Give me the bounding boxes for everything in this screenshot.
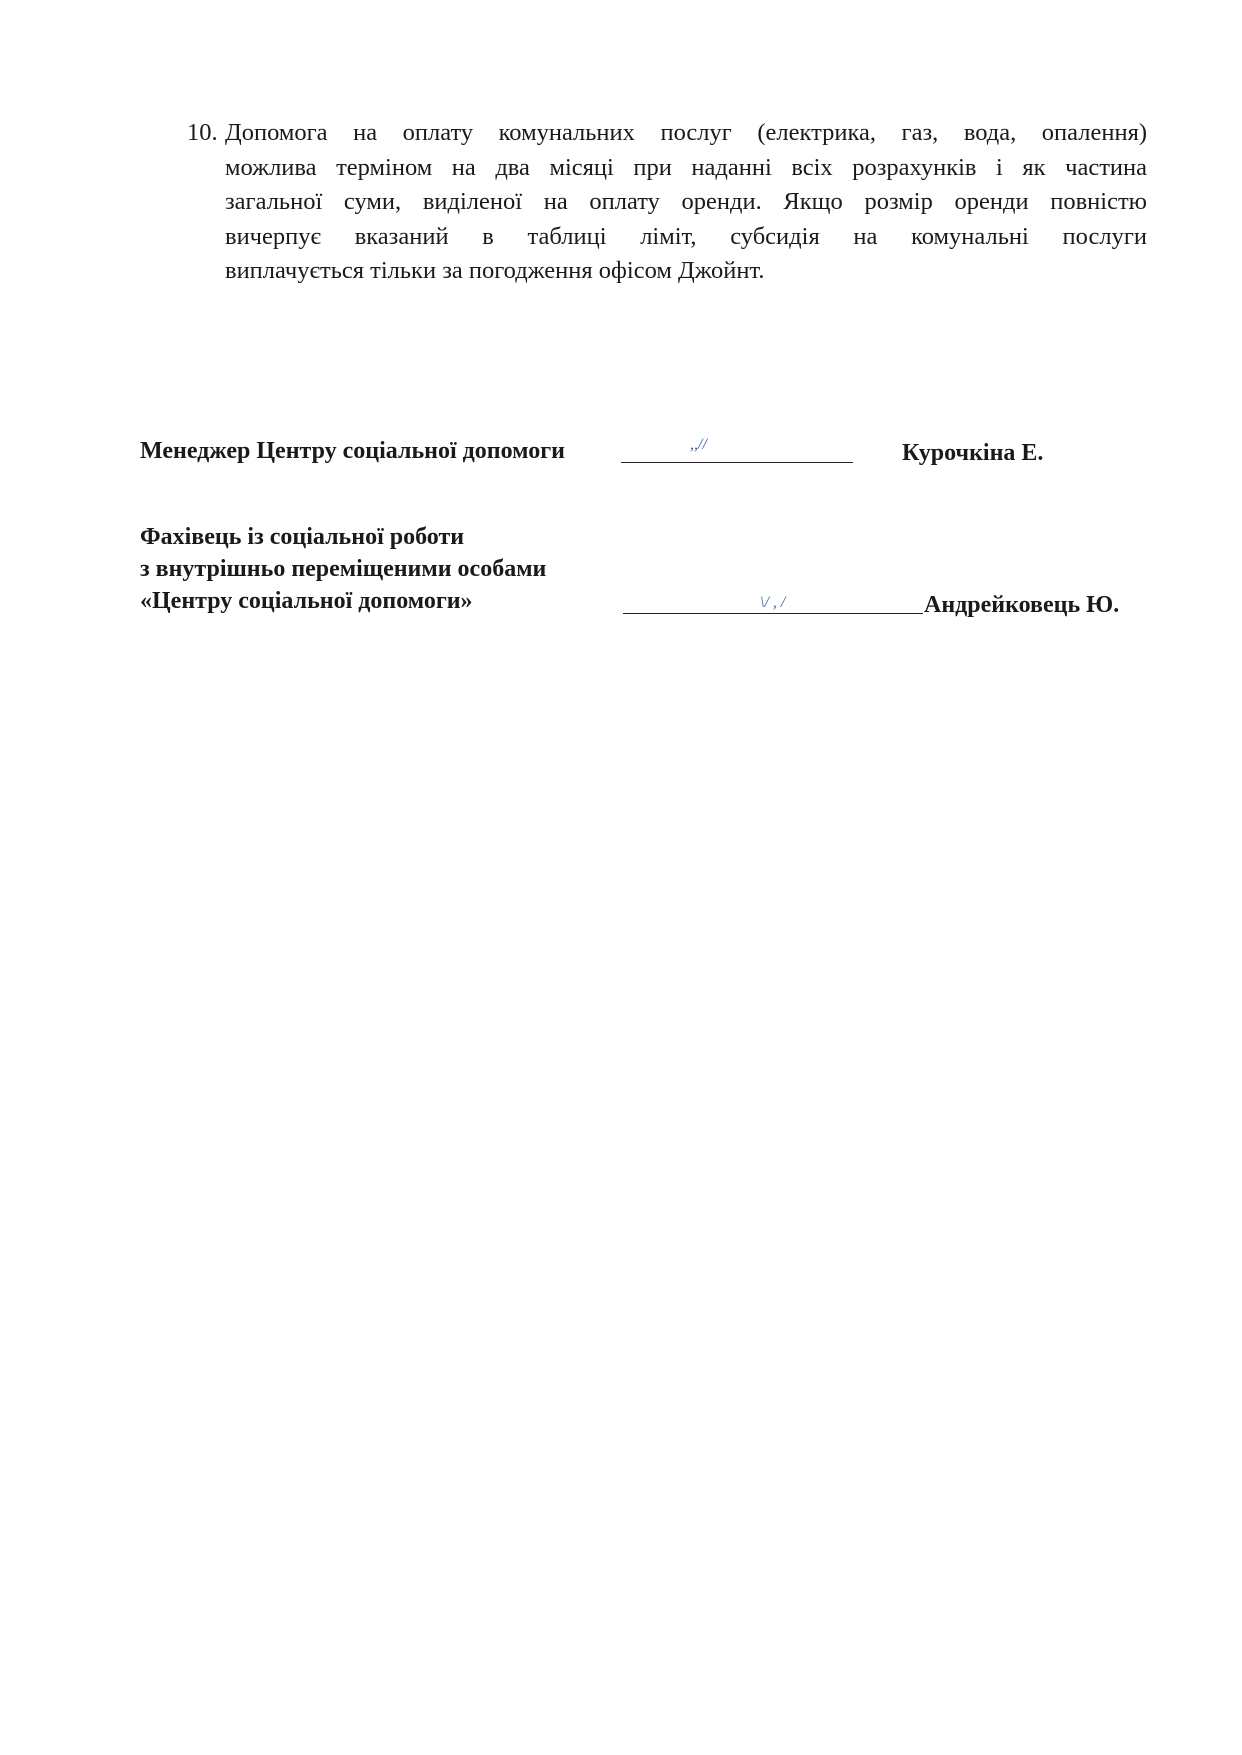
manager-name: Курочкіна Е. [902, 436, 1043, 470]
specialist-title-line-3: «Центру соціальної допомоги» [140, 584, 473, 618]
clause-line: загальної суми, виділеної на оплату орен… [225, 185, 1147, 220]
specialist-title-line-2: з внутрішньо переміщеними особами [140, 552, 546, 586]
manager-title: Менеджер Центру соціальної допомоги [140, 434, 565, 468]
specialist-signature-mark: \/ , / [760, 594, 785, 612]
clause-text: Допомога на оплату комунальних послуг (е… [225, 116, 1147, 289]
specialist-signature-line [623, 613, 923, 614]
clause-line: Допомога на оплату комунальних послуг (е… [225, 116, 1147, 151]
clause-line: можлива терміном на два місяці при надан… [225, 151, 1147, 186]
specialist-title-line-1: Фахівець із соціальної роботи [140, 520, 464, 554]
clause-10: 10. Допомога на оплату комунальних послу… [187, 116, 1147, 289]
manager-signature-mark: ,,// [690, 436, 707, 454]
clause-line: виплачується тільки за погодження офісом… [225, 254, 1147, 289]
clause-line: вичерпує вказаний в таблиці ліміт, субси… [225, 220, 1147, 255]
specialist-name: Андрейковець Ю. [924, 588, 1119, 622]
manager-signature-line [621, 462, 853, 463]
clause-number: 10. [187, 116, 218, 151]
